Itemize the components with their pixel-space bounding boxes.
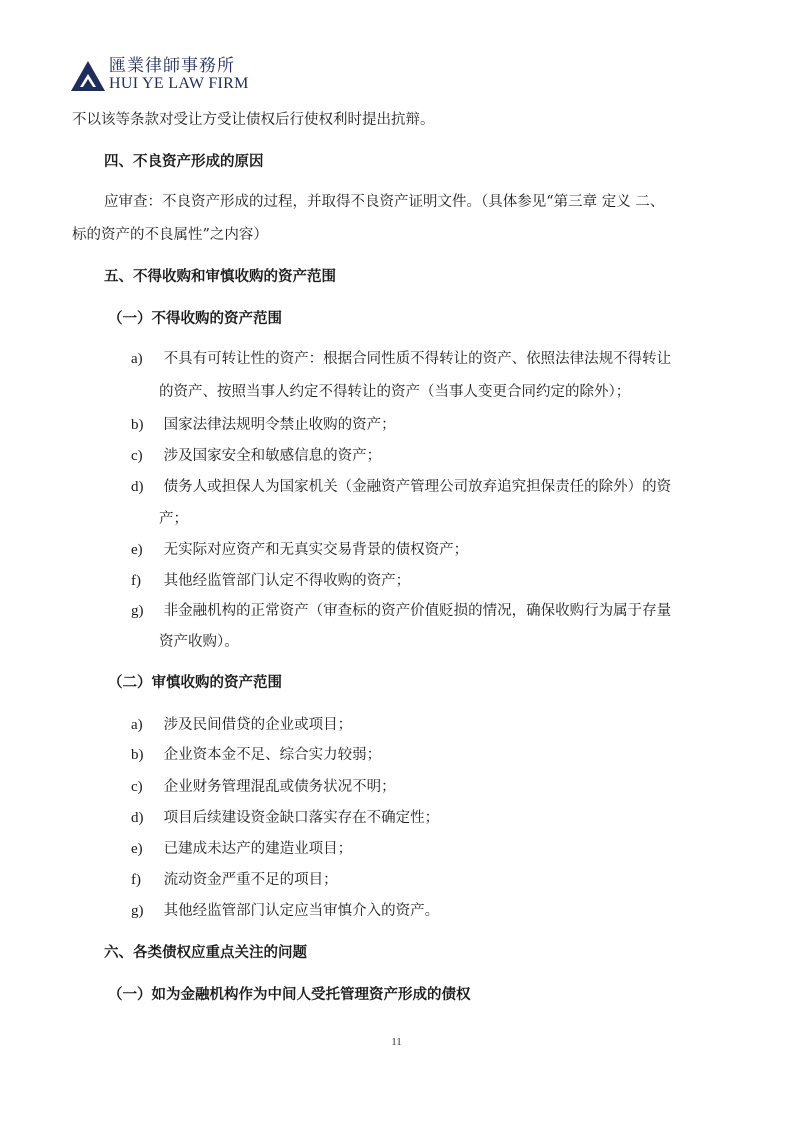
list-item: b) 企业资本金不足、综合实力较弱；	[131, 745, 381, 765]
section-5-sub-2-heading: （二）审慎收购的资产范围	[108, 673, 282, 693]
section-4-heading: 四、不良资产形成的原因	[104, 152, 264, 172]
logo-chinese-name: 匯業律師事務所	[109, 58, 249, 75]
section-5-sub-1-heading: （一）不得收购的资产范围	[108, 309, 282, 329]
list-item-text: 已建成未达产的建造业项目；	[164, 841, 353, 857]
list-item-text: 涉及民间借贷的企业或项目；	[164, 717, 353, 733]
list-marker: b)	[131, 745, 159, 765]
list-marker: c)	[131, 446, 159, 466]
list-item-text: 流动资金严重不足的项目；	[164, 872, 338, 888]
list-item: g) 其他经监管部门认定应当审慎介入的资产。	[131, 901, 439, 921]
list-marker: d)	[131, 477, 159, 497]
list-marker: a)	[131, 715, 159, 735]
logo-english-name: HUI YE LAW FIRM	[109, 76, 249, 92]
page-number: 11	[0, 1036, 793, 1048]
list-item-continuation: 产；	[159, 509, 188, 529]
list-marker: g)	[131, 601, 159, 621]
list-item-text: 非金融机构的正常资产（审查标的资产价值贬损的情况，确保收购行为属于存量	[164, 603, 672, 619]
list-item: g) 非金融机构的正常资产（审查标的资产价值贬损的情况，确保收购行为属于存量	[131, 601, 671, 621]
list-item: b) 国家法律法规明令禁止收购的资产；	[131, 415, 396, 435]
list-item: e) 无实际对应资产和无真实交易背景的债权资产；	[131, 540, 468, 560]
list-item: f) 流动资金严重不足的项目；	[131, 870, 338, 890]
list-marker: b)	[131, 415, 159, 435]
list-item: d) 项目后续建设资金缺口落实存在不确定性；	[131, 808, 439, 828]
list-item: f) 其他经监管部门认定不得收购的资产；	[131, 571, 410, 591]
law-firm-logo: 匯業律師事務所 HUI YE LAW FIRM	[70, 56, 249, 92]
paragraph-continuation: 不以该等条款对受让方受让债权后行使权利时提出抗辩。	[72, 110, 435, 130]
list-item: a) 不具有可转让性的资产：根据合同性质不得转让的资产、依照法律法规不得转让	[131, 349, 671, 369]
list-marker: e)	[131, 839, 159, 859]
list-item-text: 无实际对应资产和无真实交易背景的债权资产；	[164, 542, 469, 558]
document-page: 匯業律師事務所 HUI YE LAW FIRM 不以该等条款对受让方受让债权后行…	[0, 0, 793, 1122]
list-marker: f)	[131, 870, 159, 890]
list-item-text: 企业资本金不足、综合实力较弱；	[164, 747, 382, 763]
list-item-text: 涉及国家安全和敏感信息的资产；	[164, 448, 382, 464]
list-item: c) 企业财务管理混乱或债务状况不明；	[131, 777, 396, 797]
list-item-text: 其他经监管部门认定不得收购的资产；	[164, 573, 411, 589]
section-6-heading: 六、各类债权应重点关注的问题	[104, 943, 307, 963]
list-marker: d)	[131, 808, 159, 828]
list-item-text: 不具有可转让性的资产：根据合同性质不得转让的资产、依照法律法规不得转让	[164, 351, 672, 367]
section-6-sub-1-heading: （一）如为金融机构作为中间人受托管理资产形成的债权	[108, 985, 471, 1005]
section-4-paragraph-line-1: 应审查：不良资产形成的过程，并取得不良资产证明文件。（具体参见“第三章 定义 二…	[104, 192, 664, 212]
list-marker: e)	[131, 540, 159, 560]
list-item-continuation: 资产收购）。	[159, 632, 239, 652]
list-item-text: 其他经监管部门认定应当审慎介入的资产。	[164, 903, 440, 919]
section-4-paragraph-line-2: 标的资产的不良属性”之内容）	[72, 225, 268, 245]
list-item-continuation: 的资产、按照当事人约定不得转让的资产（当事人变更合同约定的除外）；	[159, 382, 630, 402]
list-marker: c)	[131, 777, 159, 797]
list-item: e) 已建成未达产的建造业项目；	[131, 839, 352, 859]
list-item: d) 债务人或担保人为国家机关（金融资产管理公司放弃追究担保责任的除外）的资	[131, 477, 671, 497]
list-marker: g)	[131, 901, 159, 921]
list-item-text: 国家法律法规明令禁止收购的资产；	[164, 417, 396, 433]
list-item-text: 项目后续建设资金缺口落实存在不确定性；	[164, 810, 440, 826]
triangle-logo-icon	[70, 60, 106, 92]
list-item-text: 债务人或担保人为国家机关（金融资产管理公司放弃追究担保责任的除外）的资	[164, 479, 672, 495]
list-marker: a)	[131, 349, 159, 369]
list-item: a) 涉及民间借贷的企业或项目；	[131, 715, 352, 735]
list-item: c) 涉及国家安全和敏感信息的资产；	[131, 446, 381, 466]
list-item-text: 企业财务管理混乱或债务状况不明；	[164, 779, 396, 795]
list-marker: f)	[131, 571, 159, 591]
section-5-heading: 五、不得收购和审慎收购的资产范围	[104, 267, 336, 287]
